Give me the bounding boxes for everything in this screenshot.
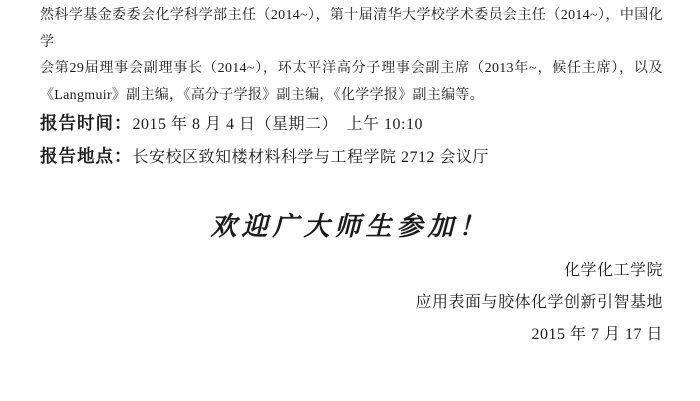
report-time-row: 报告时间：2015 年 8 月 4 日（星期二） 上午 10:10	[40, 110, 423, 135]
report-location-label: 报告地点：	[40, 146, 133, 166]
report-location-row: 报告地点：长安校区致知楼材料科学与工程学院 2712 会议厅	[40, 143, 489, 168]
announcement-document-page: 然科学基金委委会化学科学部主任（2014~），第十届清华大学校学术委员会主任（2…	[0, 0, 700, 401]
signature-org-line-2: 应用表面与胶体化学创新引智基地	[415, 287, 663, 319]
signature-org-line-1: 化学化工学院	[415, 255, 663, 287]
report-location-value: 长安校区致知楼材料科学与工程学院 2712 会议厅	[133, 149, 490, 166]
welcome-message: 欢迎广大师生参加！	[0, 206, 700, 243]
report-time-label: 报告时间：	[40, 113, 133, 133]
bio-line-3: 《Langmuir》副主编，《高分子学报》副主编，《化学学报》副主编等。	[40, 83, 663, 110]
bio-line-1: 然科学基金委委会化学科学部主任（2014~），第十届清华大学校学术委员会主任（2…	[40, 3, 663, 56]
bio-line-2: 会第29届理事会副理事长（2014~），环太平洋高分子理事会副主席（2013年~…	[40, 56, 663, 83]
signature-block: 化学化工学院 应用表面与胶体化学创新引智基地 2015 年 7 月 17 日	[415, 255, 663, 351]
signature-date: 2015 年 7 月 17 日	[415, 319, 663, 351]
bio-paragraph: 然科学基金委委会化学科学部主任（2014~），第十届清华大学校学术委员会主任（2…	[40, 3, 663, 109]
report-time-value: 2015 年 8 月 4 日（星期二） 上午 10:10	[133, 116, 423, 133]
